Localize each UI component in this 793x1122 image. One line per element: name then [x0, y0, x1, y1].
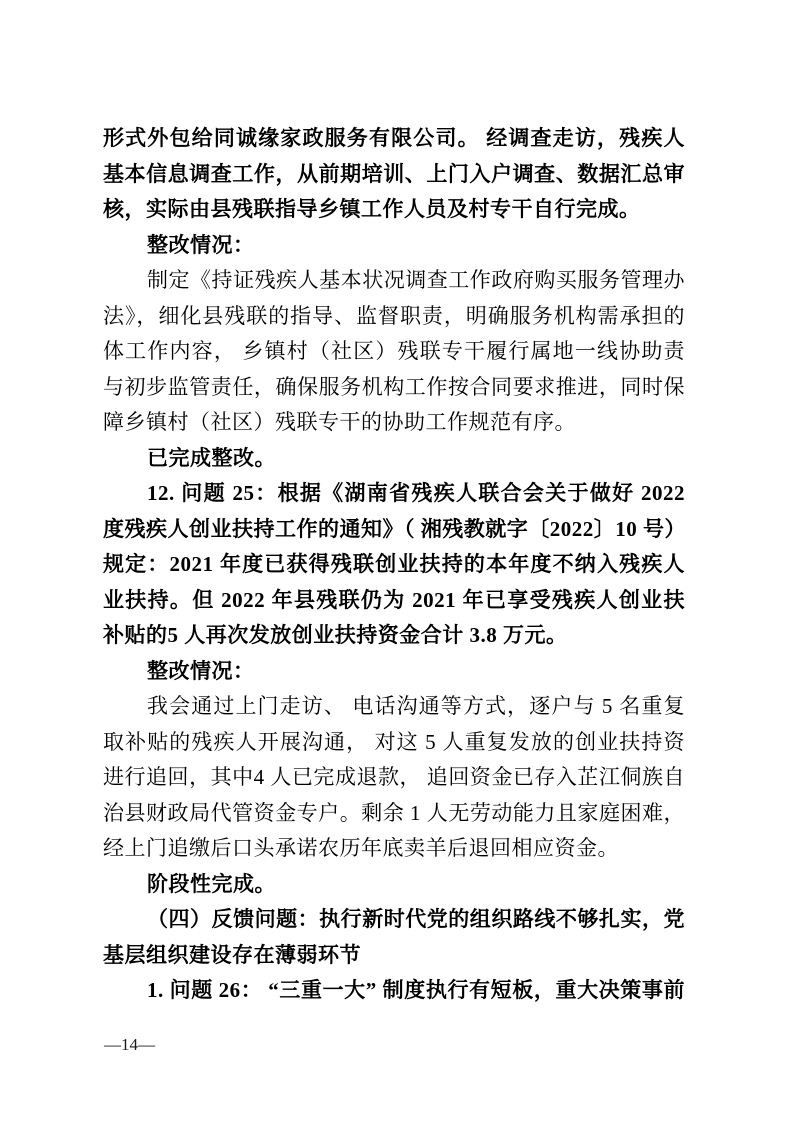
text-line: 制定《持证残疾人基本状况调查工作政府购买服务管理办 — [103, 263, 685, 299]
text-line: 业扶持。但 2022 年县残联仍为 2021 年已享受残疾人创业扶持 — [103, 583, 685, 619]
paragraph-rectification-detail-1: 制定《持证残疾人基本状况调查工作政府购买服务管理办法》，细化县残联的指导、监督职… — [103, 263, 685, 441]
text-line: 12. 问题 25：根据《湖南省残疾人联合会关于做好 2022 年 — [103, 476, 685, 512]
text-line: 1. 问题 26： “三重一大” 制度执行有短板，重大决策事前 — [103, 973, 685, 1009]
text-line: 障乡镇村（社区）残联专干的协助工作规范有序。 — [103, 405, 685, 441]
text-line: 整改情况： — [103, 654, 685, 690]
status-line-completed: 已完成整改。 — [103, 441, 685, 477]
text-line: 整改情况： — [103, 228, 685, 264]
page-number: —14— — [104, 1034, 155, 1056]
text-line: 度残疾人创业扶持工作的通知》（ 湘残教就字〔2022〕10 号） — [103, 512, 685, 548]
document-page: 形式外包给同诚缘家政服务有限公司。 经调查走访，残疾人基本信息调查工作，从前期培… — [0, 0, 793, 1122]
text-line: 法》，细化县残联的指导、监督职责，明确服务机构需承担的具 — [103, 299, 685, 335]
paragraph-problem-25: 12. 问题 25：根据《湖南省残疾人联合会关于做好 2022 年度残疾人创业扶… — [103, 476, 685, 654]
paragraph-rectification-detail-2: 我会通过上门走访、 电话沟通等方式，逐户与 5 名重复领取补贴的残疾人开展沟通，… — [103, 689, 685, 867]
text-line: 治县财政局代管资金专户。剩余 1 人无劳动能力且家庭困难， — [103, 796, 685, 832]
heading-feedback-problem-4: （四）反馈问题：执行新时代党的组织路线不够扎实，党的基层组织建设存在薄弱环节 — [103, 902, 685, 973]
text-line: 补贴的5 人再次发放创业扶持资金合计 3.8 万元。 — [103, 618, 685, 654]
text-line: 体工作内容， 乡镇村（社区）残联专干履行属地一线协助责任 — [103, 334, 685, 370]
heading-rectification-status-1: 整改情况： — [103, 228, 685, 264]
text-line: 与初步监管责任，确保服务机构工作按合同要求推进，同时保 — [103, 370, 685, 406]
text-line: 进行追回，其中4 人已完成退款， 追回资金已存入芷江侗族自 — [103, 760, 685, 796]
text-line: 取补贴的残疾人开展沟通， 对这 5 人重复发放的创业扶持资金 — [103, 725, 685, 761]
text-line: （四）反馈问题：执行新时代党的组织路线不够扎实，党的 — [103, 902, 685, 938]
text-line: 核，实际由县残联指导乡镇工作人员及村专干自行完成。 — [103, 192, 685, 228]
text-line: 基层组织建设存在薄弱环节 — [103, 938, 685, 974]
paragraph-problem-26: 1. 问题 26： “三重一大” 制度执行有短板，重大决策事前 — [103, 973, 685, 1009]
text-line: 规定：2021 年度已获得残联创业扶持的本年度不纳入残疾人创 — [103, 547, 685, 583]
heading-rectification-status-2: 整改情况： — [103, 654, 685, 690]
status-line-phase-completed: 阶段性完成。 — [103, 867, 685, 903]
text-line: 已完成整改。 — [103, 441, 685, 477]
text-line: 阶段性完成。 — [103, 867, 685, 903]
text-line: 经上门追缴后口头承诺农历年底卖羊后退回相应资金。 — [103, 831, 685, 867]
text-line: 我会通过上门走访、 电话沟通等方式，逐户与 5 名重复领 — [103, 689, 685, 725]
text-line: 形式外包给同诚缘家政服务有限公司。 经调查走访，残疾人 — [103, 121, 685, 157]
document-body: 形式外包给同诚缘家政服务有限公司。 经调查走访，残疾人基本信息调查工作，从前期培… — [103, 121, 685, 1009]
paragraph-problem-24-continuation: 形式外包给同诚缘家政服务有限公司。 经调查走访，残疾人基本信息调查工作，从前期培… — [103, 121, 685, 228]
text-line: 基本信息调查工作，从前期培训、上门入户调查、数据汇总审 — [103, 157, 685, 193]
